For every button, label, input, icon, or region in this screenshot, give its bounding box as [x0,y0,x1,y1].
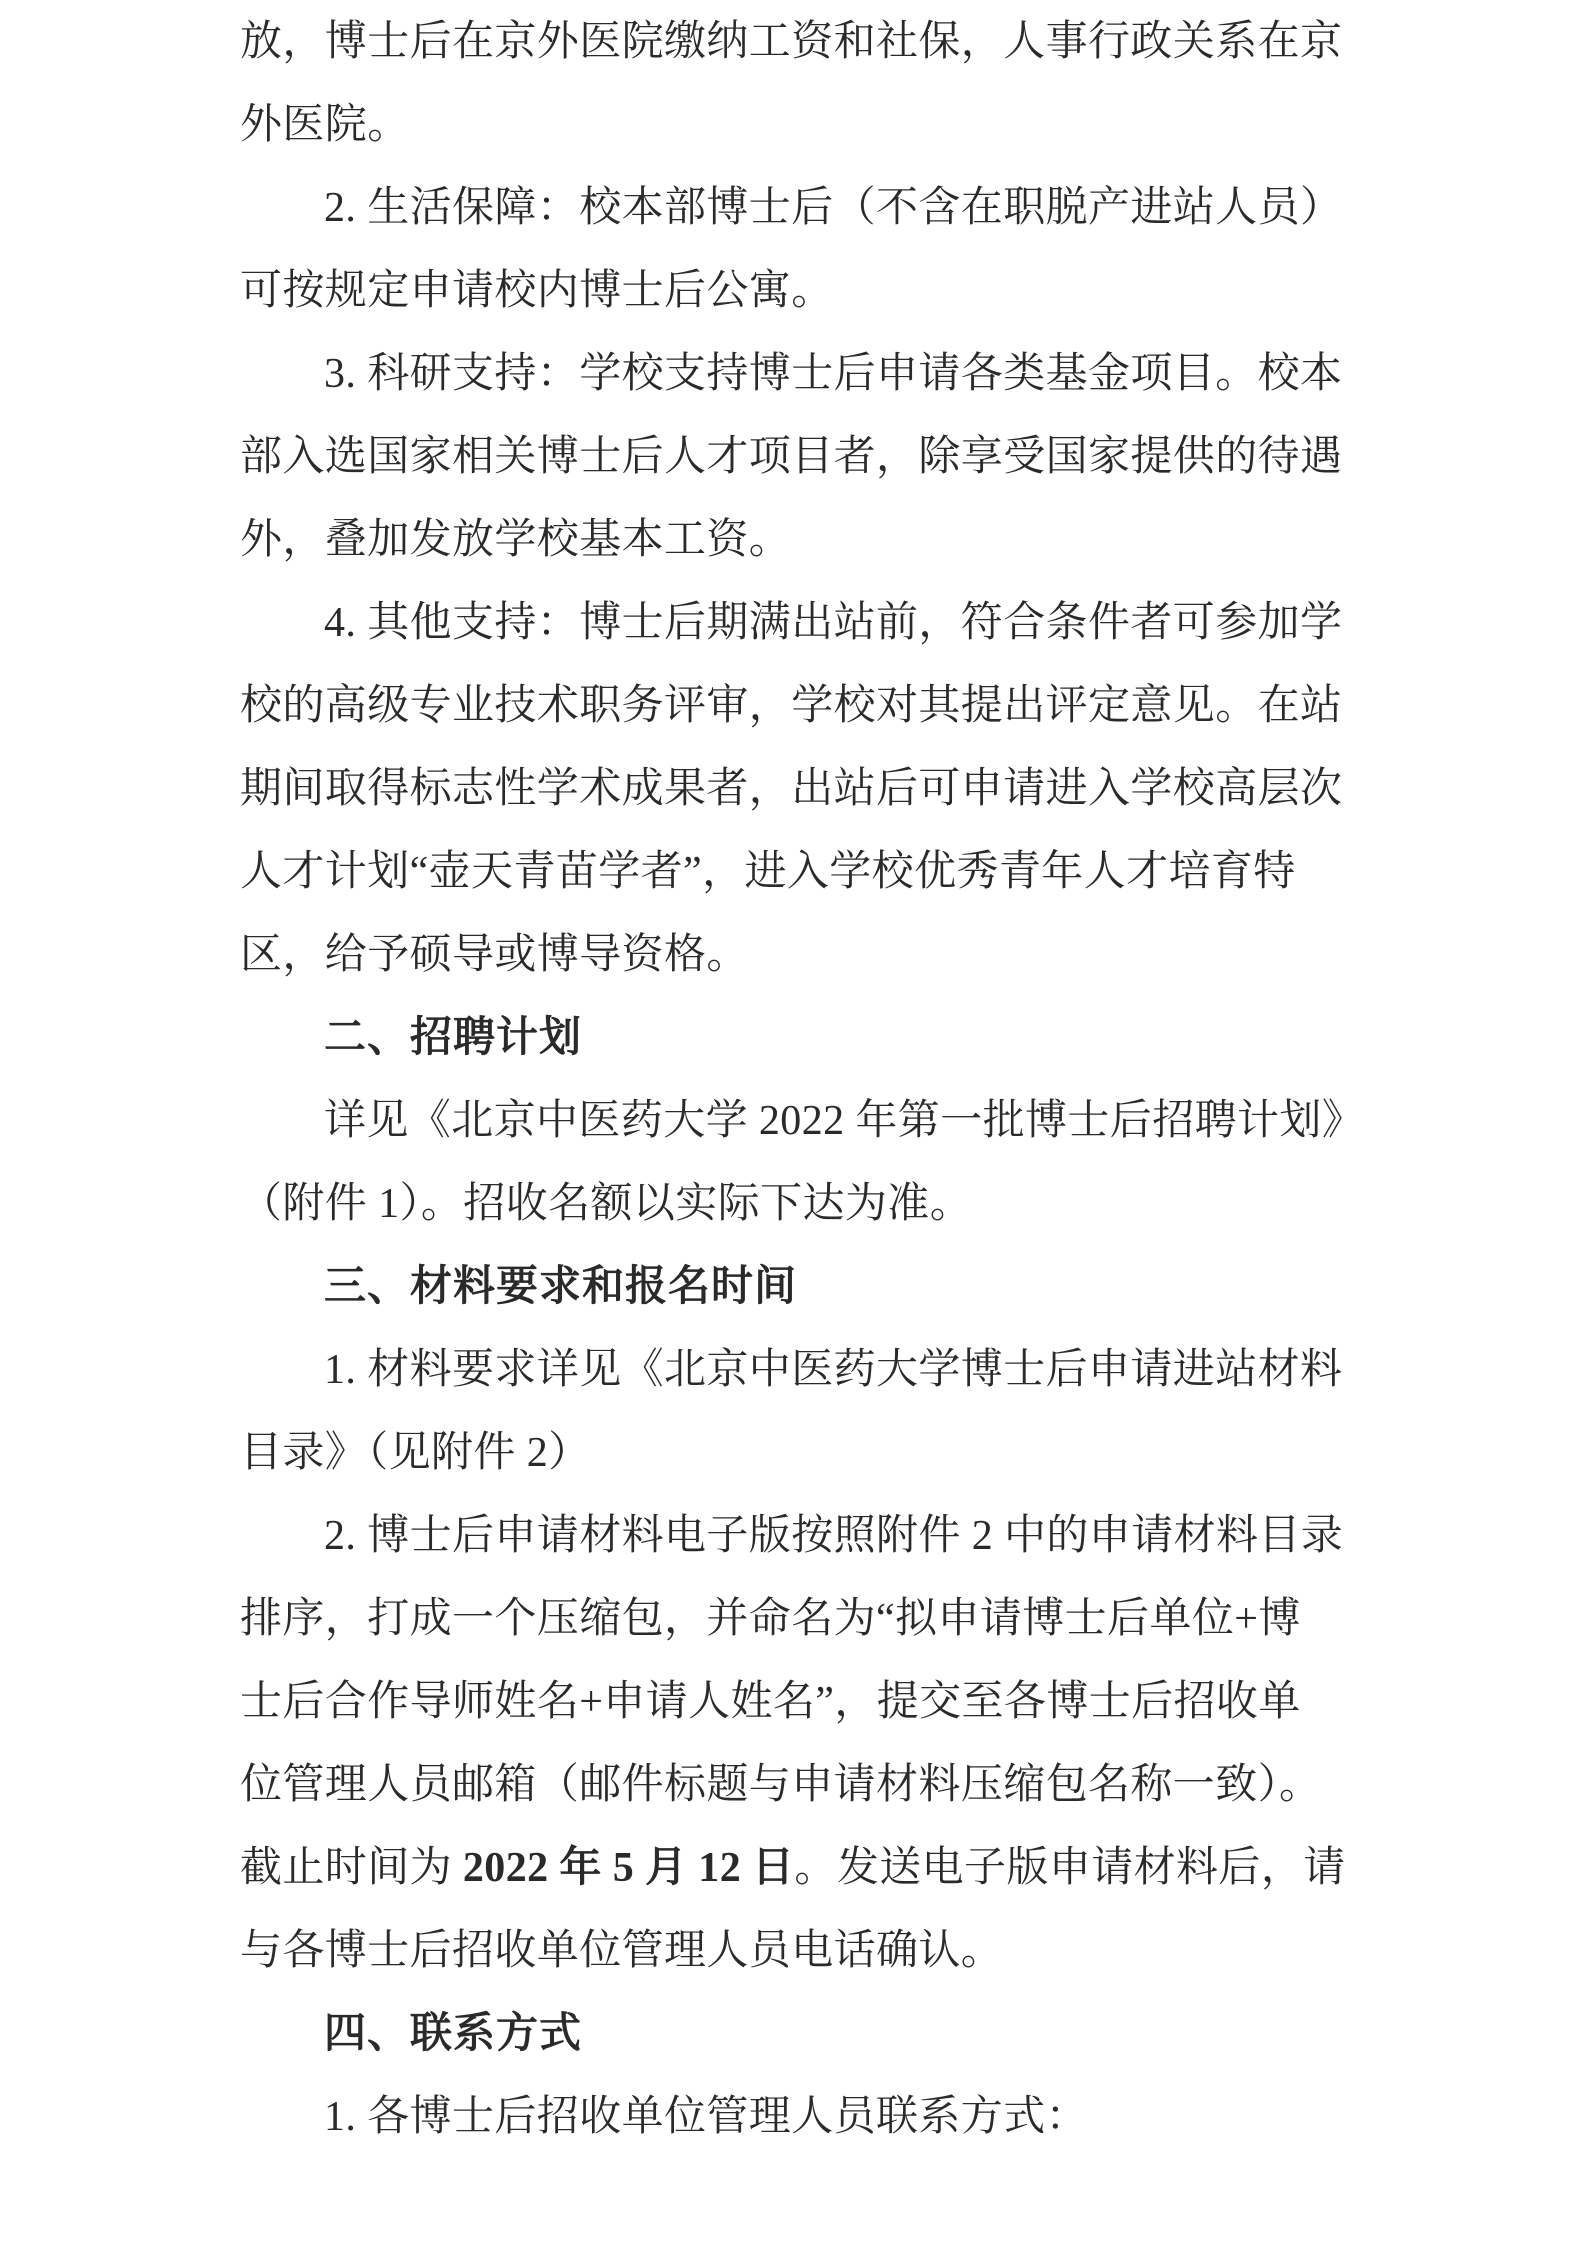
section-heading: 三、材料要求和报名时间 [240,1246,1344,1329]
text-line: 3. 科研支持：学校支持博士后申请各类基金项目。校本 [240,333,1344,416]
text-line: 1. 各博士后招收单位管理人员联系方式： [240,2076,1344,2159]
text-line: 校的高级专业技术职务评审，学校对其提出评定意见。在站 [240,665,1344,748]
text-line: 详见《北京中医药大学 2022 年第一批博士后招聘计划》 [240,1080,1344,1163]
text-line: 4. 其他支持：博士后期满出站前，符合条件者可参加学 [240,582,1344,665]
text-line: 区，给予硕导或博导资格。 [240,914,1344,997]
text-line: 部入选国家相关博士后人才项目者，除享受国家提供的待遇 [240,416,1344,499]
text-line: 2. 博士后申请材料电子版按照附件 2 中的申请材料目录 [240,1495,1344,1578]
deadline-date-emphasis: 2022 年 5 月 12 日 [463,1845,795,1891]
text-line: 外，叠加发放学校基本工资。 [240,499,1344,582]
text-line: 外医院。 [240,84,1344,167]
text-segment: 。发送电子版申请材料后，请 [794,1845,1345,1891]
text-line: 放，博士后在京外医院缴纳工资和社保，人事行政关系在京 [240,1,1344,84]
text-line: 与各博士后招收单位管理人员电话确认。 [240,1910,1344,1993]
text-line: 2. 生活保障：校本部博士后（不含在职脱产进站人员） [240,167,1344,250]
text-line: 1. 材料要求详见《北京中医药大学博士后申请进站材料 [240,1329,1344,1412]
text-line: 期间取得标志性学术成果者，出站后可申请进入学校高层次 [240,748,1344,831]
text-line: 截止时间为 2022 年 5 月 12 日。发送电子版申请材料后，请 [240,1827,1344,1910]
text-line: 位管理人员邮箱（邮件标题与申请材料压缩包名称一致）。 [240,1744,1344,1827]
text-line: 人才计划“壶天青苗学者”，进入学校优秀青年人才培育特 [240,831,1344,914]
text-line: 排序，打成一个压缩包，并命名为“拟申请博士后单位+博 [240,1578,1344,1661]
text-line: 目录》（见附件 2） [240,1412,1344,1495]
text-line: 士后合作导师姓名+申请人姓名”，提交至各博士后招收单 [240,1661,1344,1744]
text-line: （附件 1）。招收名额以实际下达为准。 [240,1163,1344,1246]
text-segment: 截止时间为 [240,1845,463,1891]
text-line: 可按规定申请校内博士后公寓。 [240,250,1344,333]
section-heading: 二、招聘计划 [240,997,1344,1080]
document-body: 放，博士后在京外医院缴纳工资和社保，人事行政关系在京外医院。2. 生活保障：校本… [240,1,1344,2159]
section-heading: 四、联系方式 [240,1993,1344,2076]
